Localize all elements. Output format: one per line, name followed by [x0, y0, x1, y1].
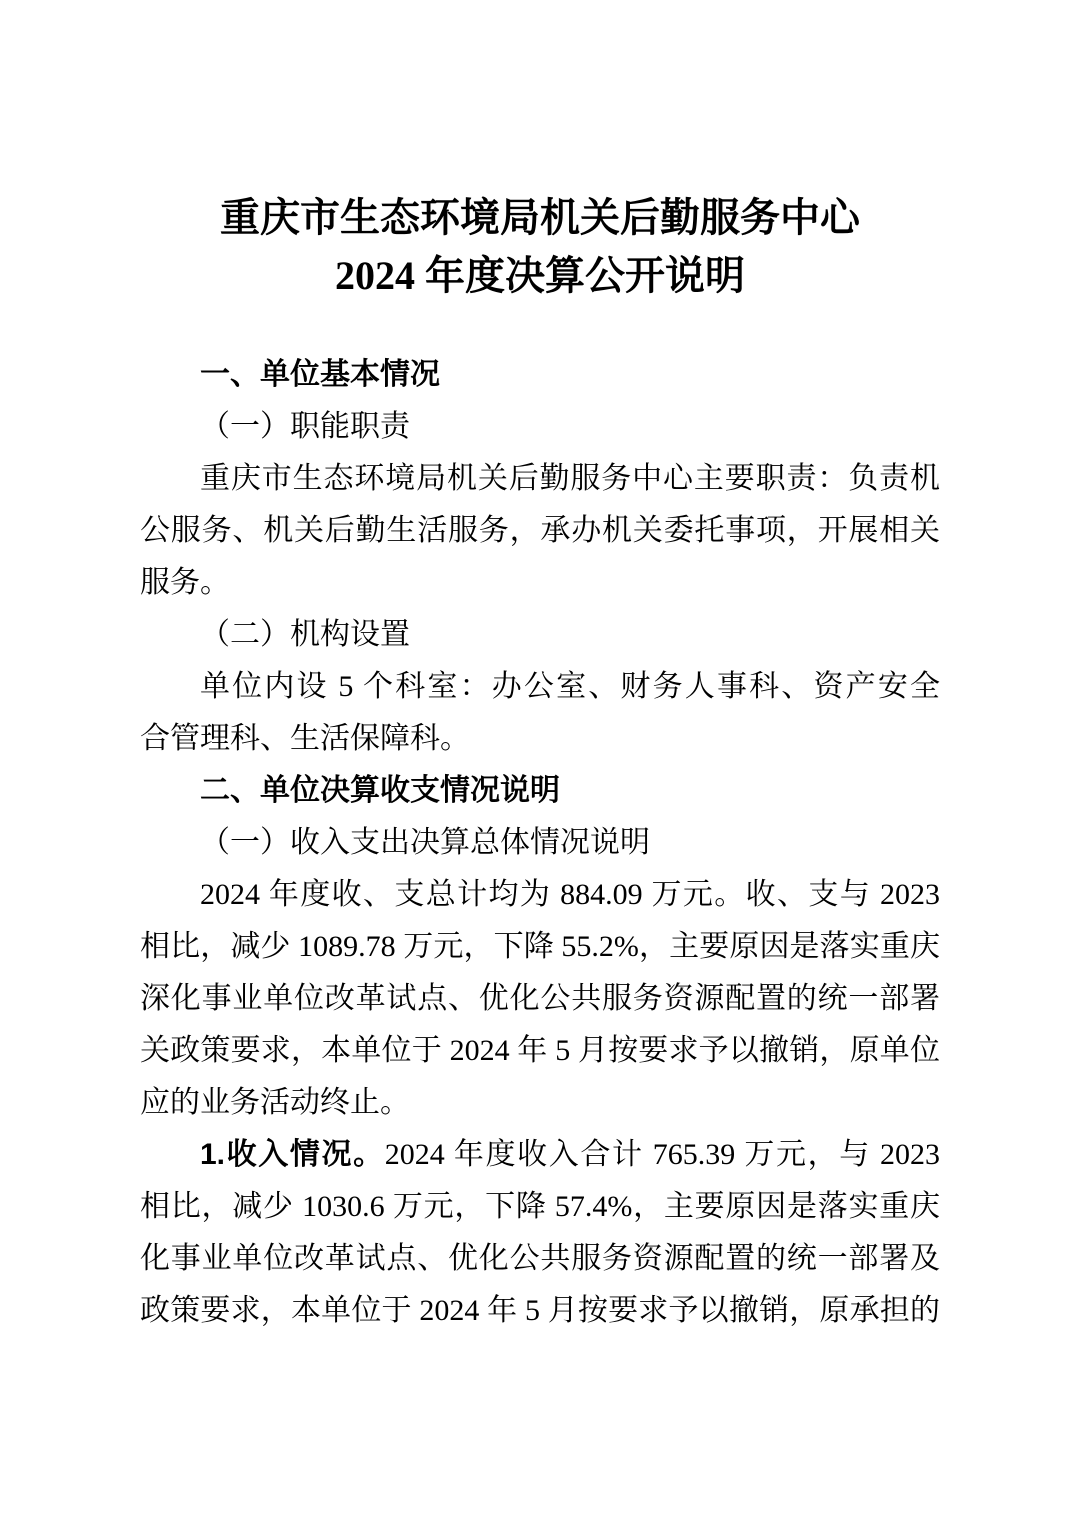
income-paragraph-rest: 相比，减少 1030.6 万元，下降 57.4%，主要原因是落实重庆市深化事业单…	[140, 1181, 940, 1337]
heading-basic-info: 一、单位基本情况	[140, 349, 940, 401]
paragraph-overview: 2024 年度收、支总计均为 884.09 万元。收、支与 2023 年度相比，…	[140, 869, 940, 1129]
subheading-overview: （一）收入支出决算总体情况说明	[140, 817, 940, 869]
text-line: 1.收入情况。2024 年度收入合计 765.39 万元，与 2023 年度	[140, 1129, 940, 1181]
text-line: 公服务、机关后勤生活服务，承办机关委托事项，开展相关社会	[140, 505, 940, 557]
text-line: 单位内设 5 个科室：办公室、财务人事科、资产安全科、综	[140, 661, 940, 713]
text-line: 合管理科、生活保障科。	[140, 713, 940, 765]
paragraph-income: 1.收入情况。2024 年度收入合计 765.39 万元，与 2023 年度 相…	[140, 1129, 940, 1337]
document-title-line1: 重庆市生态环境局机关后勤服务中心	[140, 189, 940, 247]
subheading-duties: （一）职能职责	[140, 401, 940, 453]
paragraph-duties: 重庆市生态环境局机关后勤服务中心主要职责：负责机关办公服务、机关后勤生活服务，承…	[140, 453, 940, 609]
text-line: 重庆市生态环境局机关后勤服务中心主要职责：负责机关办	[140, 453, 940, 505]
text-line: 应的业务活动终止。	[140, 1077, 940, 1129]
heading-budget-statement: 二、单位决算收支情况说明	[140, 765, 940, 817]
text-line: 相比，减少 1089.78 万元，下降 55.2%，主要原因是落实重庆市	[140, 921, 940, 973]
text-line: 深化事业单位改革试点、优化公共服务资源配置的统一部署及相	[140, 973, 940, 1025]
text-line: 政策要求，本单位于 2024 年 5 月按要求予以撤销，原承担的职	[140, 1285, 940, 1337]
document-page: 重庆市生态环境局机关后勤服务中心 2024 年度决算公开说明 一、单位基本情况 …	[0, 0, 1074, 1520]
text-line: 化事业单位改革试点、优化公共服务资源配置的统一部署及相关	[140, 1233, 940, 1285]
document-title: 重庆市生态环境局机关后勤服务中心 2024 年度决算公开说明	[140, 189, 940, 305]
text-line: 2024 年度收、支总计均为 884.09 万元。收、支与 2023 年度	[140, 869, 940, 921]
text-line: 关政策要求，本单位于 2024 年 5 月按要求予以撤销，原单位对	[140, 1025, 940, 1077]
paragraph-org-structure: 单位内设 5 个科室：办公室、财务人事科、资产安全科、综合管理科、生活保障科。	[140, 661, 940, 765]
text-line: 相比，减少 1030.6 万元，下降 57.4%，主要原因是落实重庆市深	[140, 1181, 940, 1233]
income-paragraph-lead: 1.收入情况。	[200, 1138, 385, 1171]
document-title-line2: 2024 年度决算公开说明	[140, 247, 940, 305]
subheading-org-structure: （二）机构设置	[140, 609, 940, 661]
text-line: 服务。	[140, 557, 940, 609]
